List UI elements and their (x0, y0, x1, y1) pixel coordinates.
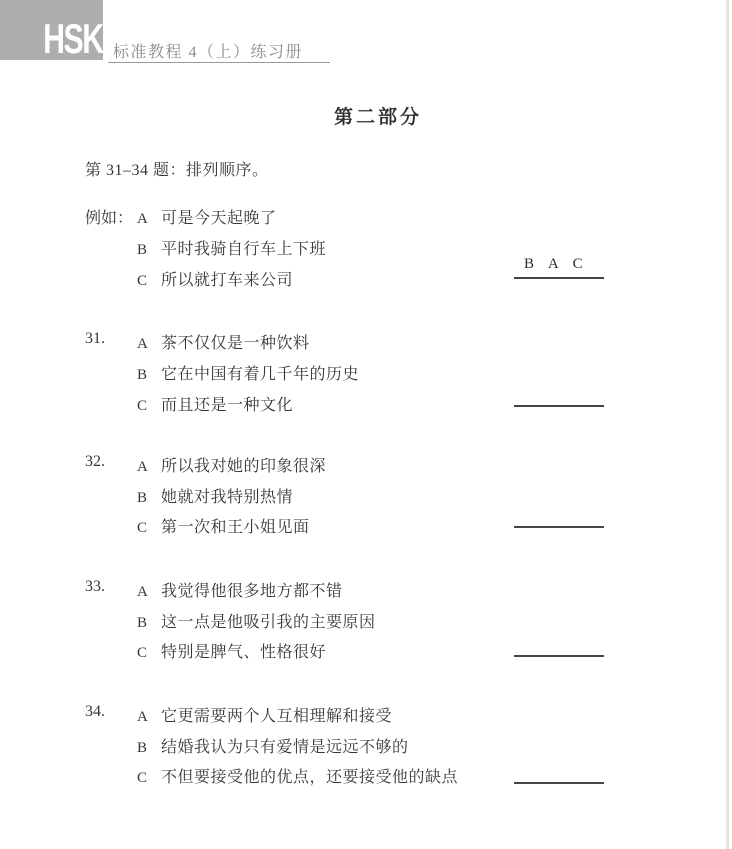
option-letter: A (137, 336, 161, 353)
option-row: C而且还是一种文化 (137, 392, 293, 415)
option-letter: B (137, 490, 161, 507)
question-number: 33. (85, 578, 105, 596)
option-letter: B (137, 242, 161, 259)
option-text: 它在中国有着几千年的历史 (161, 366, 359, 383)
option-letter: A (137, 709, 161, 726)
scanned-page-edge (726, 0, 729, 849)
option-row: A我觉得他很多地方都不错 (137, 578, 343, 601)
option-text: 不但要接受他的优点，还要接受他的缺点 (161, 769, 458, 786)
option-letter: B (137, 740, 161, 757)
option-text: 而且还是一种文化 (161, 397, 293, 414)
option-letter: C (137, 520, 161, 537)
example-answer: B A C (524, 256, 583, 273)
option-letter: B (137, 615, 161, 632)
answer-blank-line (514, 526, 604, 528)
hsk-logo-block: HSK (0, 0, 103, 60)
option-text: 茶不仅仅是一种饮料 (161, 335, 310, 352)
example-answer-line (514, 277, 604, 279)
option-row: C特别是脾气、性格很好 (137, 639, 326, 662)
option-text: 特别是脾气、性格很好 (161, 644, 326, 661)
question-number: 31. (85, 330, 105, 348)
option-letter: C (137, 398, 161, 415)
option-text: 平时我骑自行车上下班 (161, 241, 326, 258)
option-row: C不但要接受他的优点，还要接受他的缺点 (137, 764, 458, 787)
option-row: B它在中国有着几千年的历史 (137, 361, 359, 384)
header-rule (108, 62, 330, 63)
option-letter: B (137, 367, 161, 384)
option-text: 可是今天起晚了 (161, 210, 277, 227)
option-text: 第一次和王小姐见面 (161, 519, 310, 536)
option-letter: C (137, 770, 161, 787)
option-text: 我觉得他很多地方都不错 (161, 583, 343, 600)
example-option-row: B平时我骑自行车上下班 (137, 236, 326, 259)
option-text: 结婚我认为只有爱情是远远不够的 (161, 739, 409, 756)
option-row: B她就对我特别热情 (137, 484, 293, 507)
workbook-page: HSK 标准教程 4（上）练习册 第二部分 第 31–34 题：排列顺序。 例如… (0, 0, 732, 849)
option-row: B这一点是他吸引我的主要原因 (137, 609, 376, 632)
option-text: 所以就打车来公司 (161, 272, 293, 289)
option-letter: C (137, 645, 161, 662)
section-instructions: 第 31–34 题：排列顺序。 (85, 157, 269, 180)
option-row: B结婚我认为只有爱情是远远不够的 (137, 734, 409, 757)
book-title: 标准教程 4（上）练习册 (113, 39, 303, 62)
hsk-logo-text: HSK (43, 18, 103, 60)
example-option-row: A可是今天起晚了 (137, 205, 277, 228)
option-text: 她就对我特别热情 (161, 489, 293, 506)
option-letter: A (137, 459, 161, 476)
option-row: A所以我对她的印象很深 (137, 453, 326, 476)
option-letter: C (137, 273, 161, 290)
option-letter: A (137, 584, 161, 601)
example-label: 例如： (85, 205, 133, 228)
answer-blank-line (514, 782, 604, 784)
option-text: 所以我对她的印象很深 (161, 458, 326, 475)
question-number: 34. (85, 703, 105, 721)
option-text: 这一点是他吸引我的主要原因 (161, 614, 376, 631)
answer-blank-line (514, 655, 604, 657)
question-number: 32. (85, 453, 105, 471)
option-row: A它更需要两个人互相理解和接受 (137, 703, 392, 726)
answer-blank-line (514, 405, 604, 407)
option-letter: A (137, 211, 161, 228)
section-title: 第二部分 (334, 102, 422, 129)
option-row: C第一次和王小姐见面 (137, 514, 310, 537)
option-row: A茶不仅仅是一种饮料 (137, 330, 310, 353)
example-option-row: C所以就打车来公司 (137, 267, 293, 290)
option-text: 它更需要两个人互相理解和接受 (161, 708, 392, 725)
